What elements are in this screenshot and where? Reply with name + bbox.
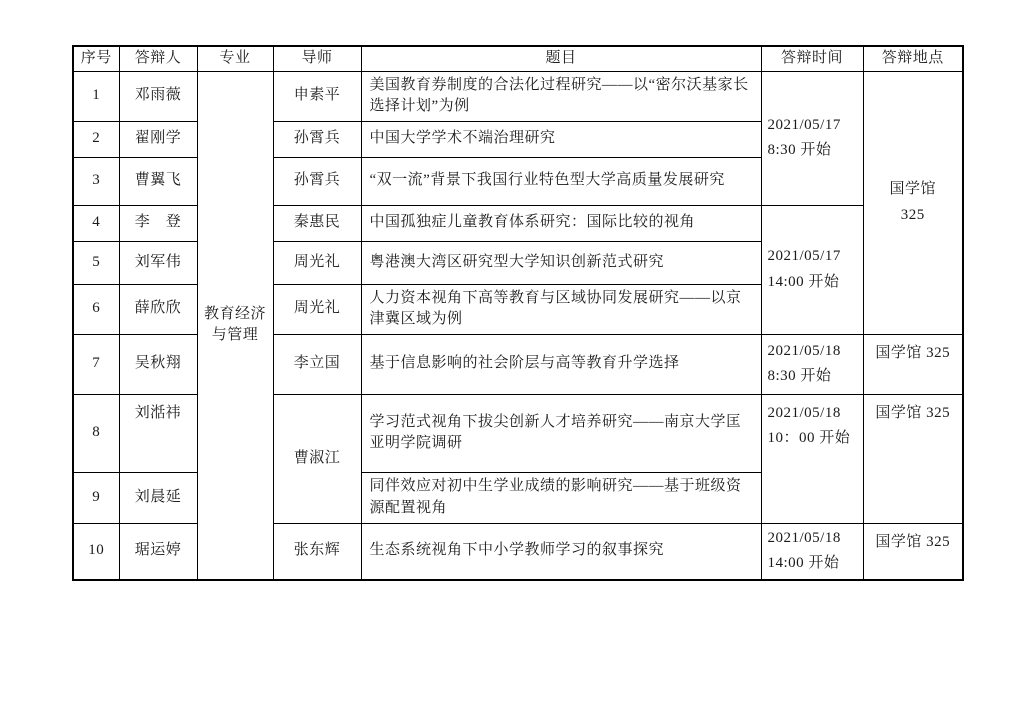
- defense-schedule-table: 序号 答辩人 专业 导师 题目 答辩时间 答辩地点 1 邓雨薇 教育经济与管理 …: [72, 45, 964, 581]
- cell-time-slot1: 2021/05/17 8:30 开始: [761, 71, 863, 205]
- time-date: 2021/05/18: [768, 339, 861, 365]
- cell-advisor: 秦惠民: [273, 205, 361, 241]
- cell-name: 刘军伟: [119, 241, 197, 284]
- cell-location-1: 国学馆 325: [863, 71, 963, 334]
- cell-no: 9: [73, 472, 119, 523]
- cell-name: 刘晨延: [119, 472, 197, 523]
- cell-location-2: 国学馆 325: [863, 334, 963, 394]
- cell-name: 翟刚学: [119, 121, 197, 157]
- cell-title: 中国孤独症儿童教育体系研究：国际比较的视角: [361, 205, 761, 241]
- time-date: 2021/05/17: [768, 113, 861, 139]
- time-date: 2021/05/18: [768, 401, 861, 427]
- cell-title: 中国大学学术不端治理研究: [361, 121, 761, 157]
- column-header-major: 专业: [197, 46, 273, 71]
- cell-advisor: 申素平: [273, 71, 361, 121]
- cell-title: 美国教育券制度的合法化过程研究——以“密尔沃基家长选择计划”为例: [361, 71, 761, 121]
- cell-name: 刘湉祎: [119, 394, 197, 472]
- cell-location-4: 国学馆 325: [863, 523, 963, 580]
- cell-no: 2: [73, 121, 119, 157]
- time-start: 8:30 开始: [768, 364, 861, 390]
- cell-advisor: 孙霄兵: [273, 157, 361, 205]
- cell-time-slot4: 2021/05/18 10：00 开始: [761, 394, 863, 523]
- time-date: 2021/05/17: [768, 244, 861, 270]
- cell-no: 7: [73, 334, 119, 394]
- cell-title: “双一流”背景下我国行业特色型大学高质量发展研究: [361, 157, 761, 205]
- header-row: 序号 答辩人 专业 导师 题目 答辩时间 答辩地点: [73, 46, 963, 71]
- column-header-no: 序号: [73, 46, 119, 71]
- cell-advisor: 张东辉: [273, 523, 361, 580]
- time-start: 14:00 开始: [768, 270, 861, 296]
- column-header-time: 答辩时间: [761, 46, 863, 71]
- column-header-advisor: 导师: [273, 46, 361, 71]
- cell-advisor: 李立国: [273, 334, 361, 394]
- cell-title: 同伴效应对初中生学业成绩的影响研究——基于班级资源配置视角: [361, 472, 761, 523]
- cell-no: 10: [73, 523, 119, 580]
- cell-time-slot5: 2021/05/18 14:00 开始: [761, 523, 863, 580]
- location-building: 国学馆: [868, 177, 959, 203]
- cell-no: 6: [73, 284, 119, 334]
- cell-no: 5: [73, 241, 119, 284]
- cell-time-slot3: 2021/05/18 8:30 开始: [761, 334, 863, 394]
- cell-no: 3: [73, 157, 119, 205]
- table-row: 1 邓雨薇 教育经济与管理 申素平 美国教育券制度的合法化过程研究——以“密尔沃…: [73, 71, 963, 121]
- cell-title: 人力资本视角下高等教育与区域协同发展研究——以京津冀区域为例: [361, 284, 761, 334]
- location-room: 325: [868, 203, 959, 229]
- cell-location-3: 国学馆 325: [863, 394, 963, 523]
- cell-time-slot2: 2021/05/17 14:00 开始: [761, 205, 863, 334]
- cell-title: 基于信息影响的社会阶层与高等教育升学选择: [361, 334, 761, 394]
- cell-name: 邓雨薇: [119, 71, 197, 121]
- cell-advisor: 曹淑江: [273, 394, 361, 523]
- cell-advisor: 孙霄兵: [273, 121, 361, 157]
- column-header-title: 题目: [361, 46, 761, 71]
- cell-name: 薛欣欣: [119, 284, 197, 334]
- cell-name: 吴秋翔: [119, 334, 197, 394]
- time-start: 10：00 开始: [768, 426, 861, 452]
- cell-name: 李 登: [119, 205, 197, 241]
- cell-title: 生态系统视角下中小学教师学习的叙事探究: [361, 523, 761, 580]
- time-start: 14:00 开始: [768, 551, 861, 577]
- cell-no: 8: [73, 394, 119, 472]
- cell-title: 粤港澳大湾区研究型大学知识创新范式研究: [361, 241, 761, 284]
- cell-no: 4: [73, 205, 119, 241]
- cell-name: 琚运婷: [119, 523, 197, 580]
- cell-name: 曹翼飞: [119, 157, 197, 205]
- cell-advisor: 周光礼: [273, 241, 361, 284]
- cell-no: 1: [73, 71, 119, 121]
- cell-major: 教育经济与管理: [197, 71, 273, 580]
- time-start: 8:30 开始: [768, 138, 861, 164]
- time-date: 2021/05/18: [768, 526, 861, 552]
- column-header-name: 答辩人: [119, 46, 197, 71]
- cell-advisor: 周光礼: [273, 284, 361, 334]
- cell-title: 学习范式视角下拔尖创新人才培养研究——南京大学匡亚明学院调研: [361, 394, 761, 472]
- column-header-location: 答辩地点: [863, 46, 963, 71]
